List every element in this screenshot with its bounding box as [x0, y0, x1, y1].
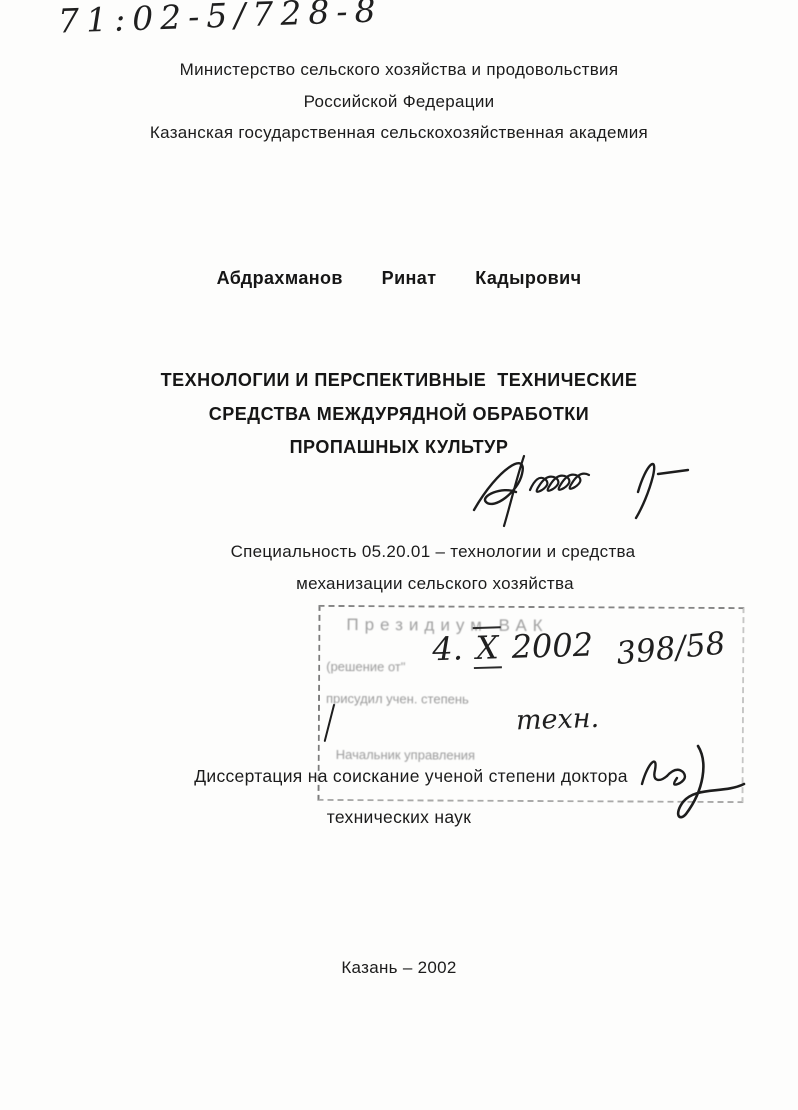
stamp-line-4: Начальник управления	[336, 747, 475, 763]
author-name: Абдрахманов Ринат Кадырович	[0, 268, 798, 289]
ministry-line-1: Министерство сельского хозяйства и продо…	[0, 60, 798, 80]
specialty-line-2: механизации сельского хозяйства	[36, 574, 798, 594]
specialty-line-1: Специальность 05.20.01 – технологии и ср…	[34, 542, 798, 562]
stamp-number-handwritten: 398/58	[615, 625, 727, 672]
stamp-line-3: присудил учен. степень	[326, 691, 469, 707]
author-signature-icon	[468, 446, 700, 532]
stamp-degree-handwritten: техн.	[515, 703, 599, 736]
academy-line: Казанская государственная сельскохозяйст…	[0, 123, 798, 143]
dissertation-title-line-1: ТЕХНОЛОГИИ И ПЕРСПЕКТИВНЫЕ ТЕХНИЧЕСКИЕ	[0, 370, 798, 391]
stamp-date-day: 4.	[432, 629, 464, 668]
stamp-slash-mark-icon	[322, 703, 338, 743]
stamp-date-year: 2002	[511, 626, 594, 666]
dissertation-title-line-2: СРЕДСТВА МЕЖДУРЯДНОЙ ОБРАБОТКИ	[0, 404, 798, 425]
stamp-date-month: X	[472, 626, 502, 669]
city-year-footer: Казань – 2002	[0, 958, 798, 978]
ministry-line-2: Российской Федерации	[0, 92, 798, 112]
scanned-title-page: 71:02-5/728-8 Министерство сельского хоз…	[0, 0, 798, 1110]
margin-scribble-icon	[636, 740, 754, 828]
shelf-code-handwritten: 71:02-5/728-8	[57, 0, 383, 41]
stamp-line-2: (решение от"	[326, 659, 405, 674]
stamp-date-handwritten: 4.X2002	[432, 626, 594, 669]
